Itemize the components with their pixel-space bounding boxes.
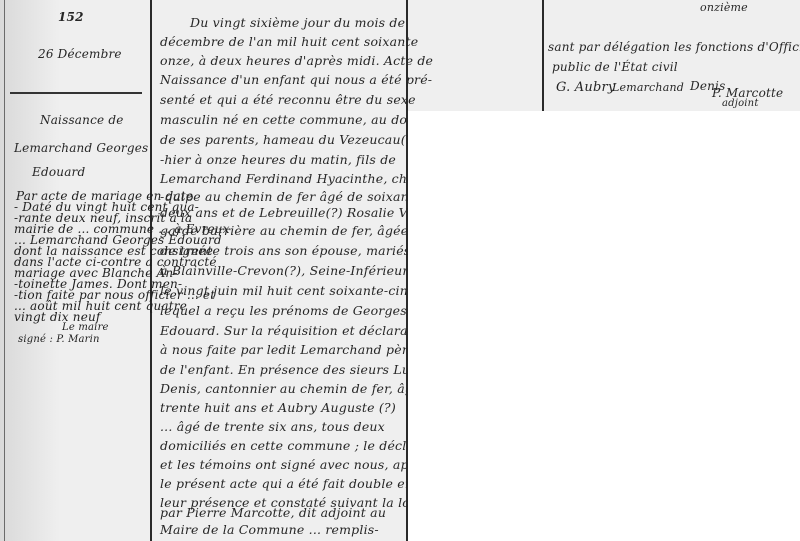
record-line: Lemarchand Ferdinand Hyacinthe, chef d'é… bbox=[160, 171, 448, 186]
record-line: masculin né en cette commune, au domicil… bbox=[160, 112, 447, 127]
continuation-line: public de l'État civil bbox=[552, 60, 678, 74]
record-line: Du vingt sixième jour du mois de bbox=[190, 15, 405, 30]
continuation-top-word: onzième bbox=[700, 1, 748, 14]
record-line: -quipe au chemin de fer âgé de soixante bbox=[160, 189, 422, 204]
left-page-edge bbox=[4, 0, 5, 541]
record-line: trente huit ans et Aubry Auguste (?) bbox=[160, 400, 396, 415]
record-line: le vingt juin mil huit cent soixante-cin… bbox=[160, 283, 420, 298]
annotation-signature: Le maire bbox=[62, 322, 109, 333]
continuation-line: sant par délégation les fonctions d'Offi… bbox=[548, 40, 800, 54]
record-line: à Blainville-Crevon(?), Seine-Inférieure bbox=[160, 263, 416, 278]
record-line: lequel a reçu les prénoms de Georges bbox=[160, 303, 407, 318]
record-title-line: Lemarchand Georges bbox=[14, 141, 148, 155]
record-line: et les témoins ont signé avec nous, aprè… bbox=[160, 457, 429, 472]
record-line: onze, à deux heures d'après midi. Acte d… bbox=[160, 53, 433, 68]
record-line: Naissance d'un enfant qui nous a été pré… bbox=[160, 72, 432, 87]
record-line: Edouard. Sur la réquisition et déclarati… bbox=[160, 323, 433, 338]
entry-date: 26 Décembre bbox=[38, 47, 122, 61]
record-line: senté et qui a été reconnu être du sexe bbox=[160, 92, 416, 107]
record-line: à nous faite par ledit Lemarchand père bbox=[160, 342, 416, 357]
blank-cropped-area bbox=[408, 111, 800, 541]
document-scan: 152 26 Décembre Naissance de Lemarchand … bbox=[0, 0, 800, 541]
signature: Lemarchand bbox=[612, 81, 684, 94]
record-line: par Pierre Marcotte, dit adjoint au bbox=[160, 505, 386, 520]
signature: G. Aubry bbox=[556, 80, 615, 95]
annotation-signature: signé : P. Marin bbox=[18, 334, 100, 345]
record-line: Denis, cantonnier au chemin de fer, âgé … bbox=[160, 381, 441, 396]
margin-header-rule bbox=[10, 92, 142, 94]
record-line: -hier à onze heures du matin, fils de bbox=[160, 152, 396, 167]
record-line: de l'enfant. En présence des sieurs Luci… bbox=[160, 362, 437, 377]
signature: adjoint bbox=[722, 98, 759, 109]
entry-number: 152 bbox=[58, 10, 84, 24]
record-line: domiciliés en cette commune ; le déclara… bbox=[160, 438, 441, 453]
record-line: deux ans et de Lebreuille(?) Rosalie Vic… bbox=[160, 205, 450, 220]
right-page-margin-line bbox=[542, 0, 544, 111]
record-title-line: Edouard bbox=[32, 165, 85, 179]
record-title-line: Naissance de bbox=[40, 113, 124, 127]
record-line: décembre de l'an mil huit cent soixante bbox=[160, 34, 418, 49]
record-line: de trente trois ans son épouse, mariés bbox=[160, 243, 410, 258]
record-line: garde barrière au chemin de fer, âgée bbox=[160, 223, 408, 238]
record-line: Maire de la Commune ... remplis- bbox=[160, 522, 379, 537]
record-line: le présent acte qui a été fait double en bbox=[160, 476, 413, 491]
record-line: ... âgé de trente six ans, tous deux bbox=[160, 419, 385, 434]
